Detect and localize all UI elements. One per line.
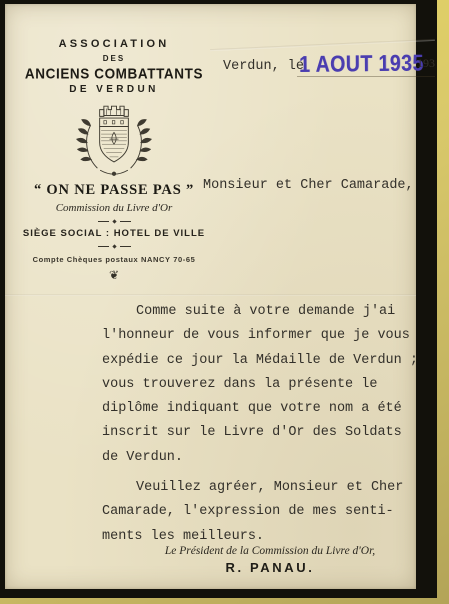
signature-name: R. PANAU. — [105, 560, 435, 575]
letter-line: l'honneur de vous informer que je vous — [102, 324, 434, 348]
fleuron-icon: ❦ — [17, 268, 211, 283]
motto: “ ON NE PASSE PAS ” — [17, 182, 211, 199]
scan-backdrop: ASSOCIATION DES ANCIENS COMBATTANTS DE V… — [0, 0, 449, 604]
letter-line: diplôme indiquant que votre nom a été — [102, 397, 434, 421]
association-line1: ASSOCIATION — [17, 38, 211, 50]
letter-line: Camarade, l'expression de mes senti- — [102, 500, 434, 524]
divider-ornament-icon — [17, 220, 211, 223]
letter-body: Comme suite à votre demande j'ai l'honne… — [102, 300, 434, 549]
date-place-prefix: Verdun, le — [223, 59, 304, 74]
siege-social-line: SIÈGE SOCIAL : HOTEL DE VILLE — [17, 228, 211, 239]
date-stamp: 1 AOUT 1935 — [299, 49, 424, 78]
commission-line: Commission du Livre d'Or — [17, 202, 211, 214]
verdun-coat-of-arms-icon — [76, 100, 152, 180]
association-line4: DE VERDUN — [17, 84, 211, 95]
salutation: Monsieur et Cher Camarade, — [203, 178, 414, 193]
paper-crease-middle — [5, 294, 416, 296]
printed-year: 193 — [417, 56, 435, 71]
photo-frame: ASSOCIATION DES ANCIENS COMBATTANTS DE V… — [0, 0, 437, 598]
signature-block: Le Président de la Commission du Livre d… — [105, 545, 435, 575]
letter-line: de Verdun. — [102, 446, 434, 470]
letterhead: ASSOCIATION DES ANCIENS COMBATTANTS DE V… — [17, 38, 211, 283]
ccp-line: Compte Chèques postaux NANCY 70-65 — [17, 255, 211, 264]
association-line3: ANCIENS COMBATTANTS — [17, 65, 211, 81]
date-rule — [297, 76, 435, 77]
association-line2: DES — [17, 54, 211, 63]
signature-title: Le Président de la Commission du Livre d… — [105, 545, 435, 557]
dateline: Verdun, le 1 AOUT 1935 193 — [223, 50, 413, 86]
letter-line: expédie ce jour la Médaille de Verdun ; — [102, 349, 434, 373]
divider-ornament-icon — [17, 245, 211, 248]
letter-line: Veuillez agréer, Monsieur et Cher — [102, 476, 434, 500]
letter-line: inscrit sur le Livre d'Or des Soldats — [102, 421, 434, 445]
letter-paper: ASSOCIATION DES ANCIENS COMBATTANTS DE V… — [5, 4, 416, 589]
letter-line: vous trouverez dans la présente le — [102, 373, 434, 397]
letter-line: Comme suite à votre demande j'ai — [102, 300, 434, 324]
